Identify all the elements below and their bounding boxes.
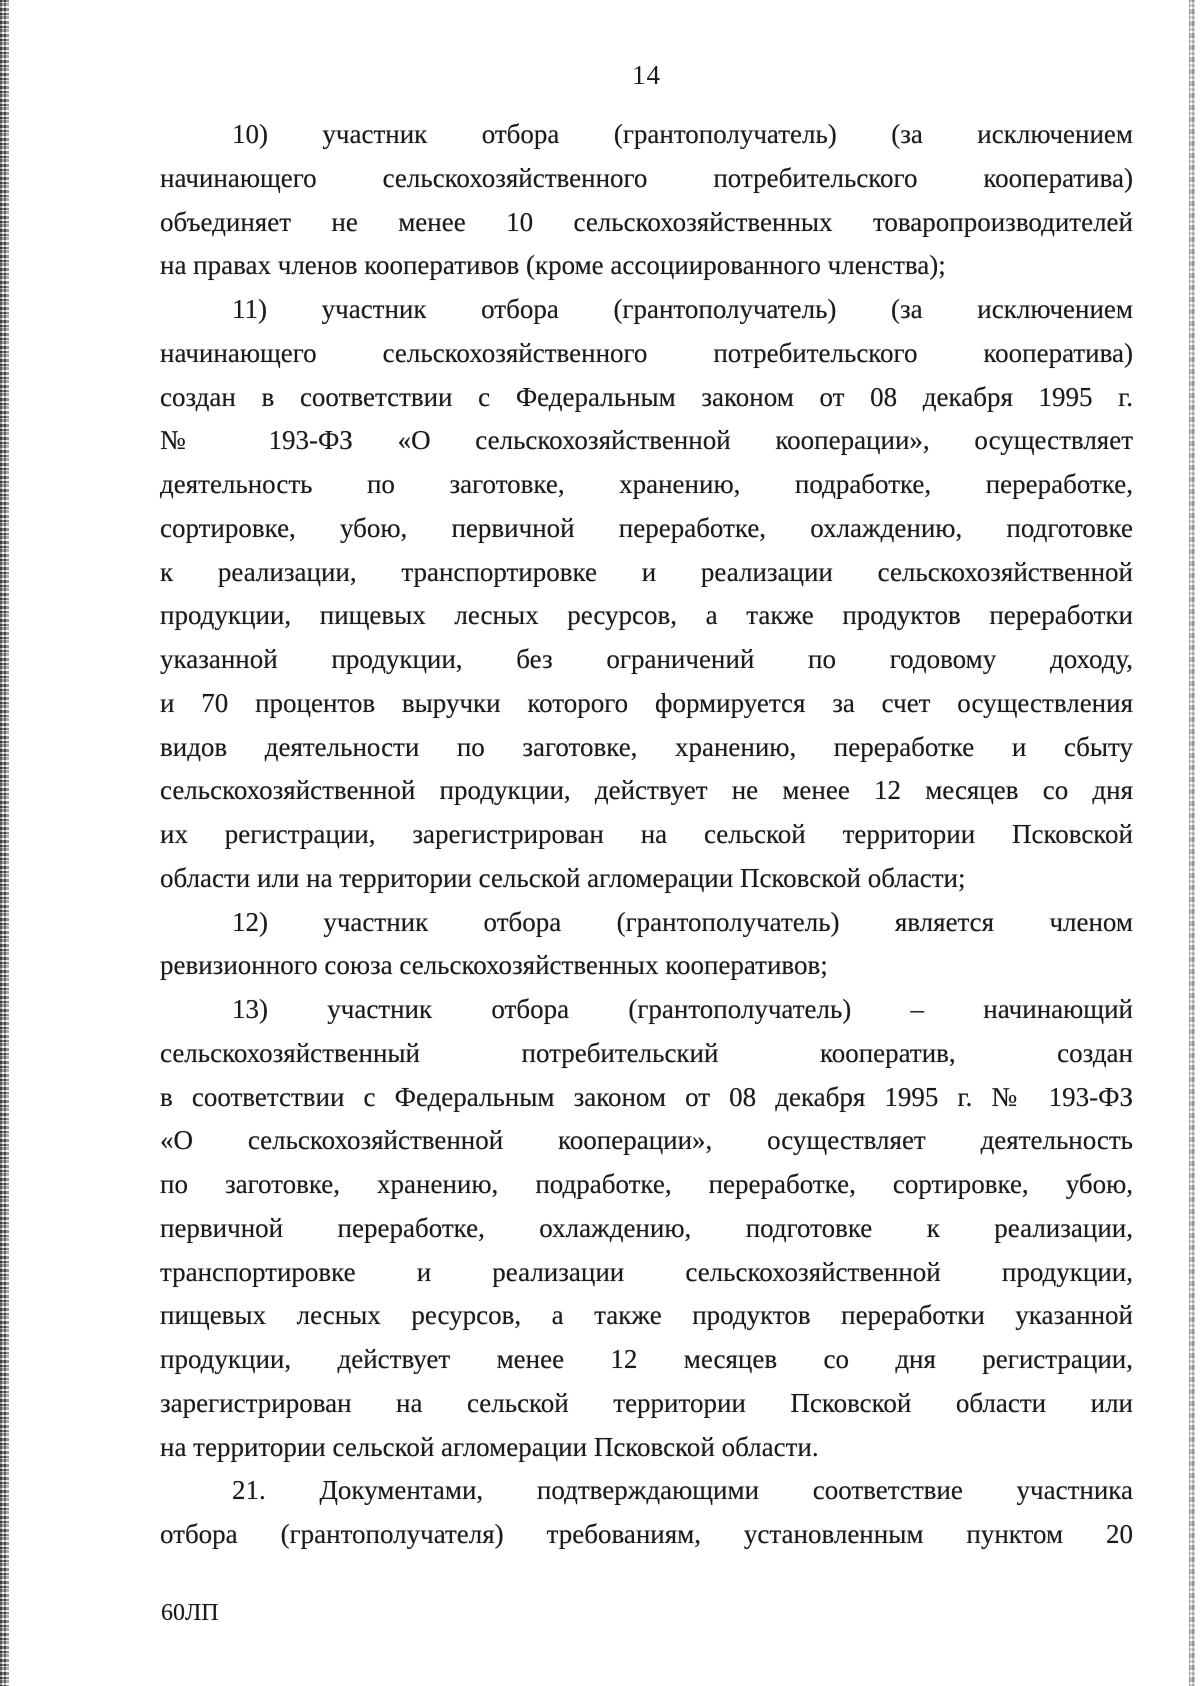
clause-13-line-7: транспортировке и реализации сельскохозя…	[160, 1251, 1133, 1295]
clause-10-line-1: 10) участник отбора (грантополучатель) (…	[160, 113, 1133, 157]
clause-11-line-5: деятельность по заготовке, хранению, под…	[160, 463, 1133, 507]
clause-11-line-13: их регистрации, зарегистрирован на сельс…	[160, 813, 1133, 857]
clause-11-line-1: 11) участник отбора (грантополучатель) (…	[160, 288, 1133, 332]
clause-13-line-3: в соответствии с Федеральным законом от …	[160, 1076, 1133, 1120]
document-body: 10) участник отбора (грантополучатель) (…	[160, 113, 1133, 1557]
clause-13-line-1: 13) участник отбора (грантополучатель) –…	[160, 988, 1133, 1032]
clause-10-line-3: объединяет не менее 10 сельскохозяйствен…	[160, 201, 1133, 245]
clause-11-line-12: сельскохозяйственной продукции, действуе…	[160, 769, 1133, 813]
clause-11-line-7: к реализации, транспортировке и реализац…	[160, 551, 1133, 595]
clause-13-line-5: по заготовке, хранению, подработке, пере…	[160, 1163, 1133, 1207]
clause-11-line-10: и 70 процентов выручки которого формируе…	[160, 682, 1133, 726]
clause-13-line-2: сельскохозяйственный потребительский коо…	[160, 1032, 1133, 1076]
footer-doc-code: 60ЛП	[161, 1600, 219, 1627]
scan-noise-left-edge	[0, 0, 9, 1686]
clause-11-line-14: области или на территории сельской аглом…	[160, 857, 1133, 901]
clause-13-line-9: продукции, действует менее 12 месяцев со…	[160, 1338, 1133, 1382]
clause-12-line-2: ревизионного союза сельскохозяйственных …	[160, 944, 1133, 988]
clause-11-line-3: создан в соответствии с Федеральным зако…	[160, 376, 1133, 420]
clause-13-line-4: «О сельскохозяйственной кооперации», осу…	[160, 1119, 1133, 1163]
clause-12-line-1: 12) участник отбора (грантополучатель) я…	[160, 901, 1133, 945]
clause-10-line-2: начинающего сельскохозяйственного потреб…	[160, 157, 1133, 201]
page-number: 14	[160, 60, 1133, 91]
clause-13-line-8: пищевых лесных ресурсов, а также продукт…	[160, 1294, 1133, 1338]
clause-11-line-9: указанной продукции, без ограничений по …	[160, 638, 1133, 682]
clause-13-line-11: на территории сельской агломерации Псков…	[160, 1426, 1133, 1470]
clause-11-line-2: начинающего сельскохозяйственного потреб…	[160, 332, 1133, 376]
clause-11-line-4: № 193-ФЗ «О сельскохозяйственной коопера…	[160, 419, 1133, 463]
clause-13-line-6: первичной переработке, охлаждению, подго…	[160, 1207, 1133, 1251]
clause-13-line-10: зарегистрирован на сельской территории П…	[160, 1382, 1133, 1426]
clause-11-line-6: сортировке, убою, первичной переработке,…	[160, 507, 1133, 551]
clause-11-line-8: продукции, пищевых лесных ресурсов, а та…	[160, 594, 1133, 638]
clause-10-line-4: на правах членов кооперативов (кроме асс…	[160, 244, 1133, 288]
clause-11-line-11: видов деятельности по заготовке, хранени…	[160, 726, 1133, 770]
point-21-line-1: 21. Документами, подтверждающими соответ…	[160, 1469, 1133, 1513]
point-21-line-2: отбора (грантополучателя) требованиям, у…	[160, 1513, 1133, 1557]
scanned-document-page: 14 10) участник отбора (грантополучатель…	[0, 0, 1200, 1686]
scan-noise-right-edge	[1189, 0, 1195, 1686]
